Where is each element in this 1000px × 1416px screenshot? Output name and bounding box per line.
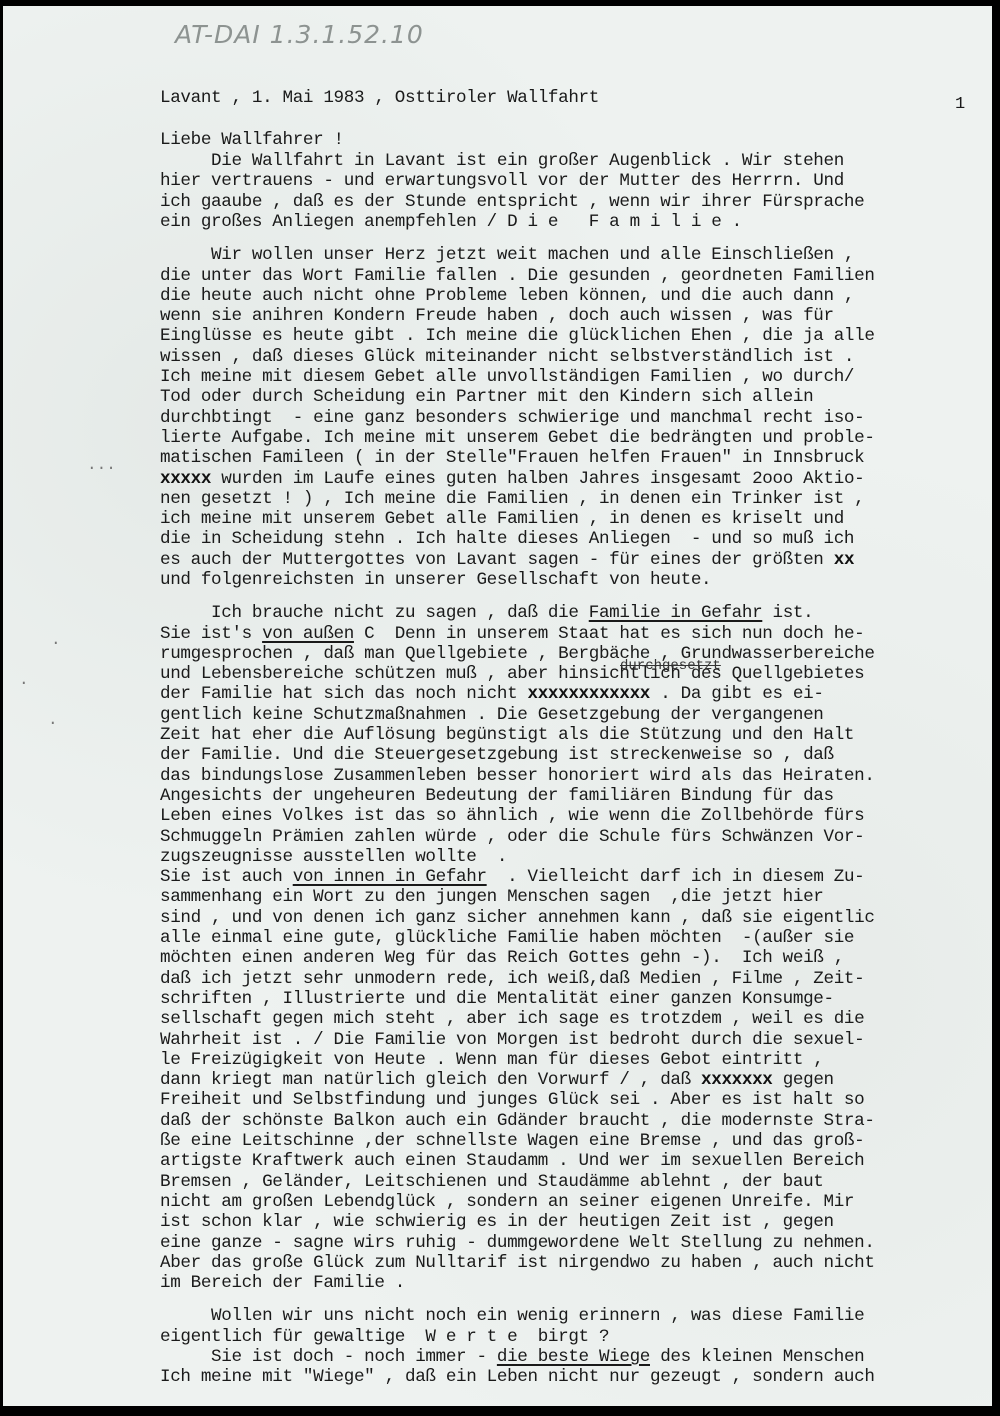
text-line: Wir wollen unser Herz jetzt weit machen … [160, 245, 854, 265]
page-number: 1 [955, 95, 965, 114]
text-line: ich gaaube , daß es der Stunde entsprich… [160, 192, 864, 212]
text-line: Schmuggeln Prämien zahlen würde , oder d… [160, 827, 864, 847]
text-line: sind , und von denen ich ganz sicher ann… [160, 908, 875, 928]
text-line: Sie ist's von außen C Denn in unserem St… [160, 624, 864, 644]
text-line: Bremsen , Geländer, Leitschienen und Sta… [160, 1172, 824, 1192]
typed-strikeout: xxxxxxxxxxxx [528, 684, 651, 704]
text-line: Tod oder durch Scheidung ein Partner mit… [160, 387, 813, 407]
text-line: eigentlich für gewaltige W e r t e birgt… [160, 1327, 609, 1347]
margin-mark: . [48, 711, 58, 729]
text-line: daß der schönste Balkon auch ein Gdänder… [160, 1111, 875, 1131]
underlined-phrase: Familie in Gefahr [589, 603, 763, 623]
text-line: lierte Aufgabe. Ich meine mit unserem Ge… [160, 428, 875, 448]
text-line: durchbtingt - eine ganz besonders schwie… [160, 408, 864, 428]
text-line: Aber das große Glück zum Nulltarif ist n… [160, 1253, 875, 1273]
text-line: rumgesprochen , daß man Quellgebiete , B… [160, 644, 875, 664]
text-line: Ich brauche nicht zu sagen , daß die Fam… [160, 603, 813, 623]
text-line: ße eine Leitschinne ,der schnellste Wage… [160, 1131, 864, 1151]
text-line: wenn sie anihren Kondern Freude haben , … [160, 306, 834, 326]
text-line: Angesichts der ungeheuren Bedeutung der … [160, 786, 834, 806]
text-line: der Familie. Und die Steuergesetzgebung … [160, 745, 834, 765]
typed-strikeout: xxxxx [160, 469, 211, 489]
text-line: Wollen wir uns nicht noch ein wenig erin… [160, 1306, 864, 1326]
text-line: Sie ist auch von innen in Gefahr . Viell… [160, 867, 864, 887]
text-line: daß ich jetzt sehr unmodern rede, ich we… [160, 969, 864, 989]
margin-mark: . [51, 631, 61, 649]
text-line: matischen Famileen ( in der Stelle"Fraue… [160, 448, 864, 468]
text-line: wissen , daß dieses Glück miteinander ni… [160, 347, 854, 367]
text-line: die in Scheidung stehn . Ich halte diese… [160, 529, 854, 549]
text-line: ist schon klar , wie schwierig es in der… [160, 1212, 834, 1232]
text-line: im Bereich der Familie . [160, 1273, 405, 1293]
document-header: Lavant , 1. Mai 1983 , Osttiroler Wallfa… [160, 88, 599, 108]
text-line: Leben eines Volkes ist das so ähnlich , … [160, 806, 864, 826]
margin-mark: . [19, 671, 29, 689]
text-line: schriften , Illustrierte und die Mentali… [160, 989, 834, 1009]
text-line: Sie ist doch - noch immer - die beste Wi… [160, 1347, 864, 1367]
margin-mark: ... [87, 456, 116, 474]
text-line: die unter das Wort Familie fallen . Die … [160, 266, 875, 286]
text-line: Ich meine mit "Wiege" , daß ein Leben ni… [160, 1367, 875, 1387]
text-line: es auch der Muttergottes von Lavant sage… [160, 550, 854, 570]
typed-strikeout: xx [834, 550, 854, 570]
text-line: das bindungslose Zusammenleben besser ho… [160, 766, 875, 786]
text-line: Freiheit und Selbstfindung und junges Gl… [160, 1090, 864, 1110]
text-line: alle einmal eine gute, glückliche Famili… [160, 928, 854, 948]
text-line: Zeit hat eher die Auflösung begünstigt a… [160, 725, 854, 745]
text-line: die heute auch nicht ohne Probleme leben… [160, 286, 854, 306]
text-line: zugszeugnisse ausstellen wollte . [160, 847, 507, 867]
underlined-phrase: von außen [262, 624, 354, 644]
salutation: Liebe Wallfahrer ! [160, 130, 344, 150]
text-line: Einglüsse es heute gibt . Ich meine die … [160, 326, 875, 346]
text-line: sellschaft gegen mich steht , aber ich s… [160, 1009, 864, 1029]
text-line: und folgenreichsten in unserer Gesellsch… [160, 570, 711, 590]
text-line: ich meine mit unserem Gebet alle Familie… [160, 509, 844, 529]
text-line: nen gesetzt ! ) , Ich meine die Familien… [160, 489, 864, 509]
text-line: Die Wallfahrt in Lavant ist ein großer A… [160, 151, 844, 171]
document-page: AT-DAI 1.3.1.52.10 1 Lavant , 1. Mai 198… [3, 6, 992, 1406]
text-line: nicht am großen Lebendglück , sondern an… [160, 1192, 854, 1212]
text-line: möchten einen anderen Weg für das Reich … [160, 948, 844, 968]
text-line: artigste Kraftwerk auch einen Staudamm .… [160, 1151, 864, 1171]
underlined-phrase: die beste Wiege [497, 1347, 650, 1367]
overtyped-correction: durchgesetzt [620, 658, 721, 674]
text-line: sammenhang ein Wort zu den jungen Mensch… [160, 887, 824, 907]
text-line: ein großes Anliegen anempfehlen / D i e … [160, 212, 742, 232]
text-line: Ich meine mit diesem Gebet alle unvollst… [160, 367, 854, 387]
text-line: le Freizügigkeit von Heute . Wenn man fü… [160, 1050, 824, 1070]
text-line: Wahrheit ist . / Die Familie von Morgen … [160, 1030, 864, 1050]
typed-strikeout: xxxxxxx [701, 1070, 772, 1090]
text-line: dann kriegt man natürlich gleich den Vor… [160, 1070, 834, 1090]
text-line: eine ganze - sagne wirs ruhig - dummgewo… [160, 1233, 875, 1253]
underlined-phrase: von innen in Gefahr [293, 867, 487, 887]
text-line: und Lebensbereiche schützen muß , aber h… [160, 664, 864, 684]
text-line: gentlich keine Schutzmaßnahmen . Die Ges… [160, 705, 824, 725]
archive-signature: AT-DAI 1.3.1.52.10 [175, 20, 424, 49]
text-line: hier vertrauens - und erwartungsvoll vor… [160, 171, 844, 191]
text-line: xxxxx wurden im Laufe eines guten halben… [160, 469, 864, 489]
text-line: der Familie hat sich das noch nicht xxxx… [160, 684, 824, 704]
